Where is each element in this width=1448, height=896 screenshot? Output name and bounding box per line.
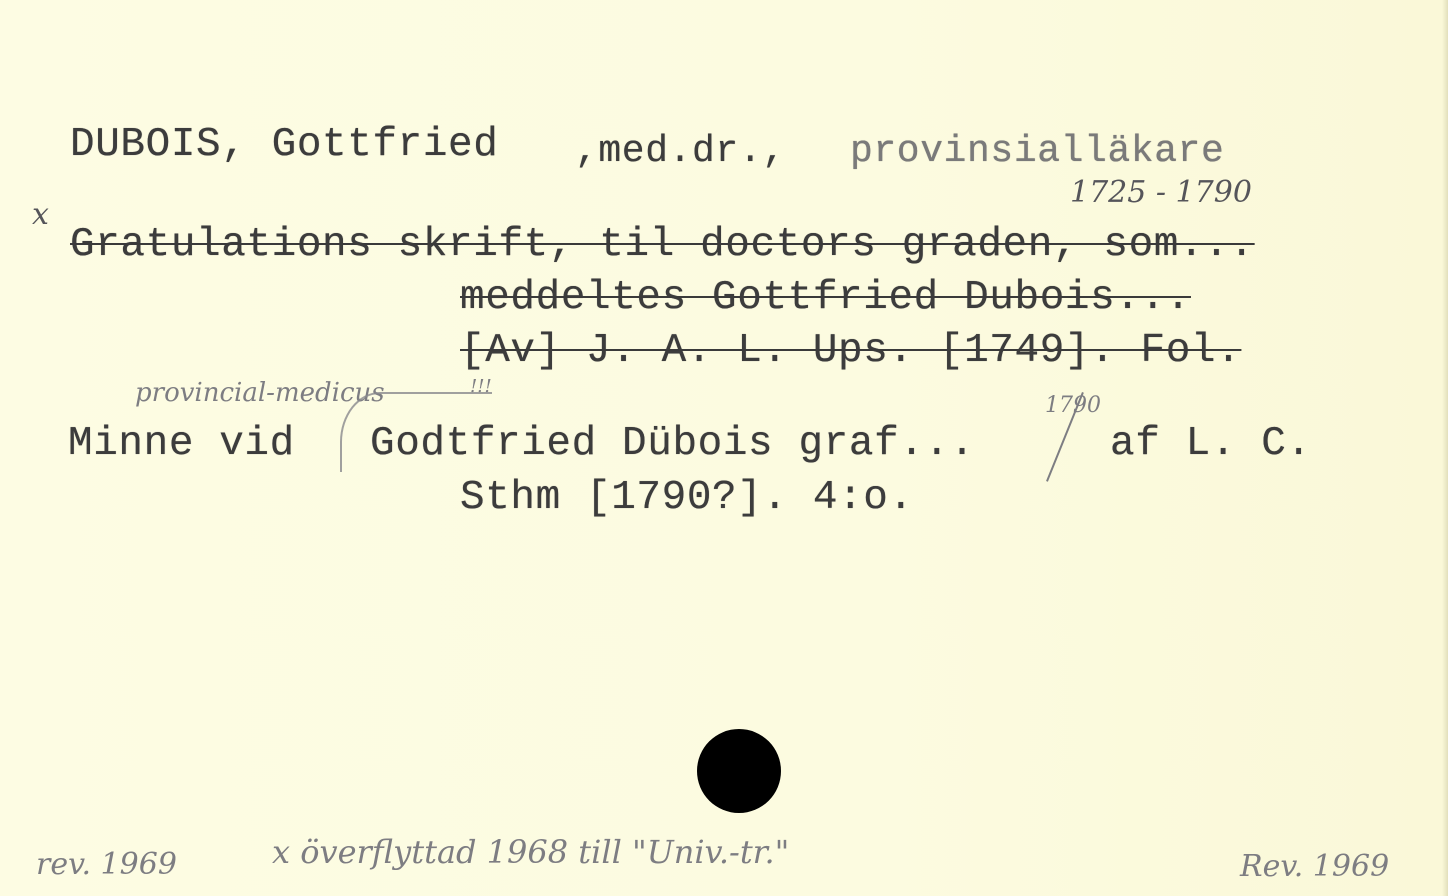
annotation-provincial-medicus: provincial-medicus [135, 380, 385, 406]
author-qualifier-profession: provinsialläkare [850, 133, 1224, 171]
entry2-imprint: Sthm [1790?]. 4:o. [460, 478, 914, 519]
revision-note-left: rev. 1969 [36, 850, 177, 880]
entry1-title-line2: meddeltes Gottfried Dubois... [460, 278, 1191, 319]
life-dates-handwritten: 1725 - 1790 [1070, 178, 1252, 208]
revision-note-right: Rev. 1969 [1240, 852, 1389, 882]
transfer-note: x överflyttad 1968 till "Univ.-tr." [272, 836, 789, 868]
punch-hole [697, 729, 781, 813]
card-edge [1442, 0, 1448, 896]
entry2-title-part2: Godtfried Dübois graf... [370, 424, 975, 465]
entry1-imprint: [Av] J. A. L. Ups. [1749]. Fol. [460, 331, 1241, 372]
entry-marker-x: x [32, 200, 49, 230]
author-name: DUBOIS, Gottfried [70, 125, 498, 166]
catalog-card: DUBOIS, Gottfried ,med.dr., provinsiallä… [0, 0, 1448, 896]
entry2-title-part1: Minne vid [68, 424, 295, 465]
author-qualifier-title: ,med.dr., [575, 133, 786, 171]
entry2-title-part3: af L. C. [1110, 424, 1312, 465]
entry1-title-line1: Gratulations skrift, til doctors graden,… [70, 225, 1255, 266]
